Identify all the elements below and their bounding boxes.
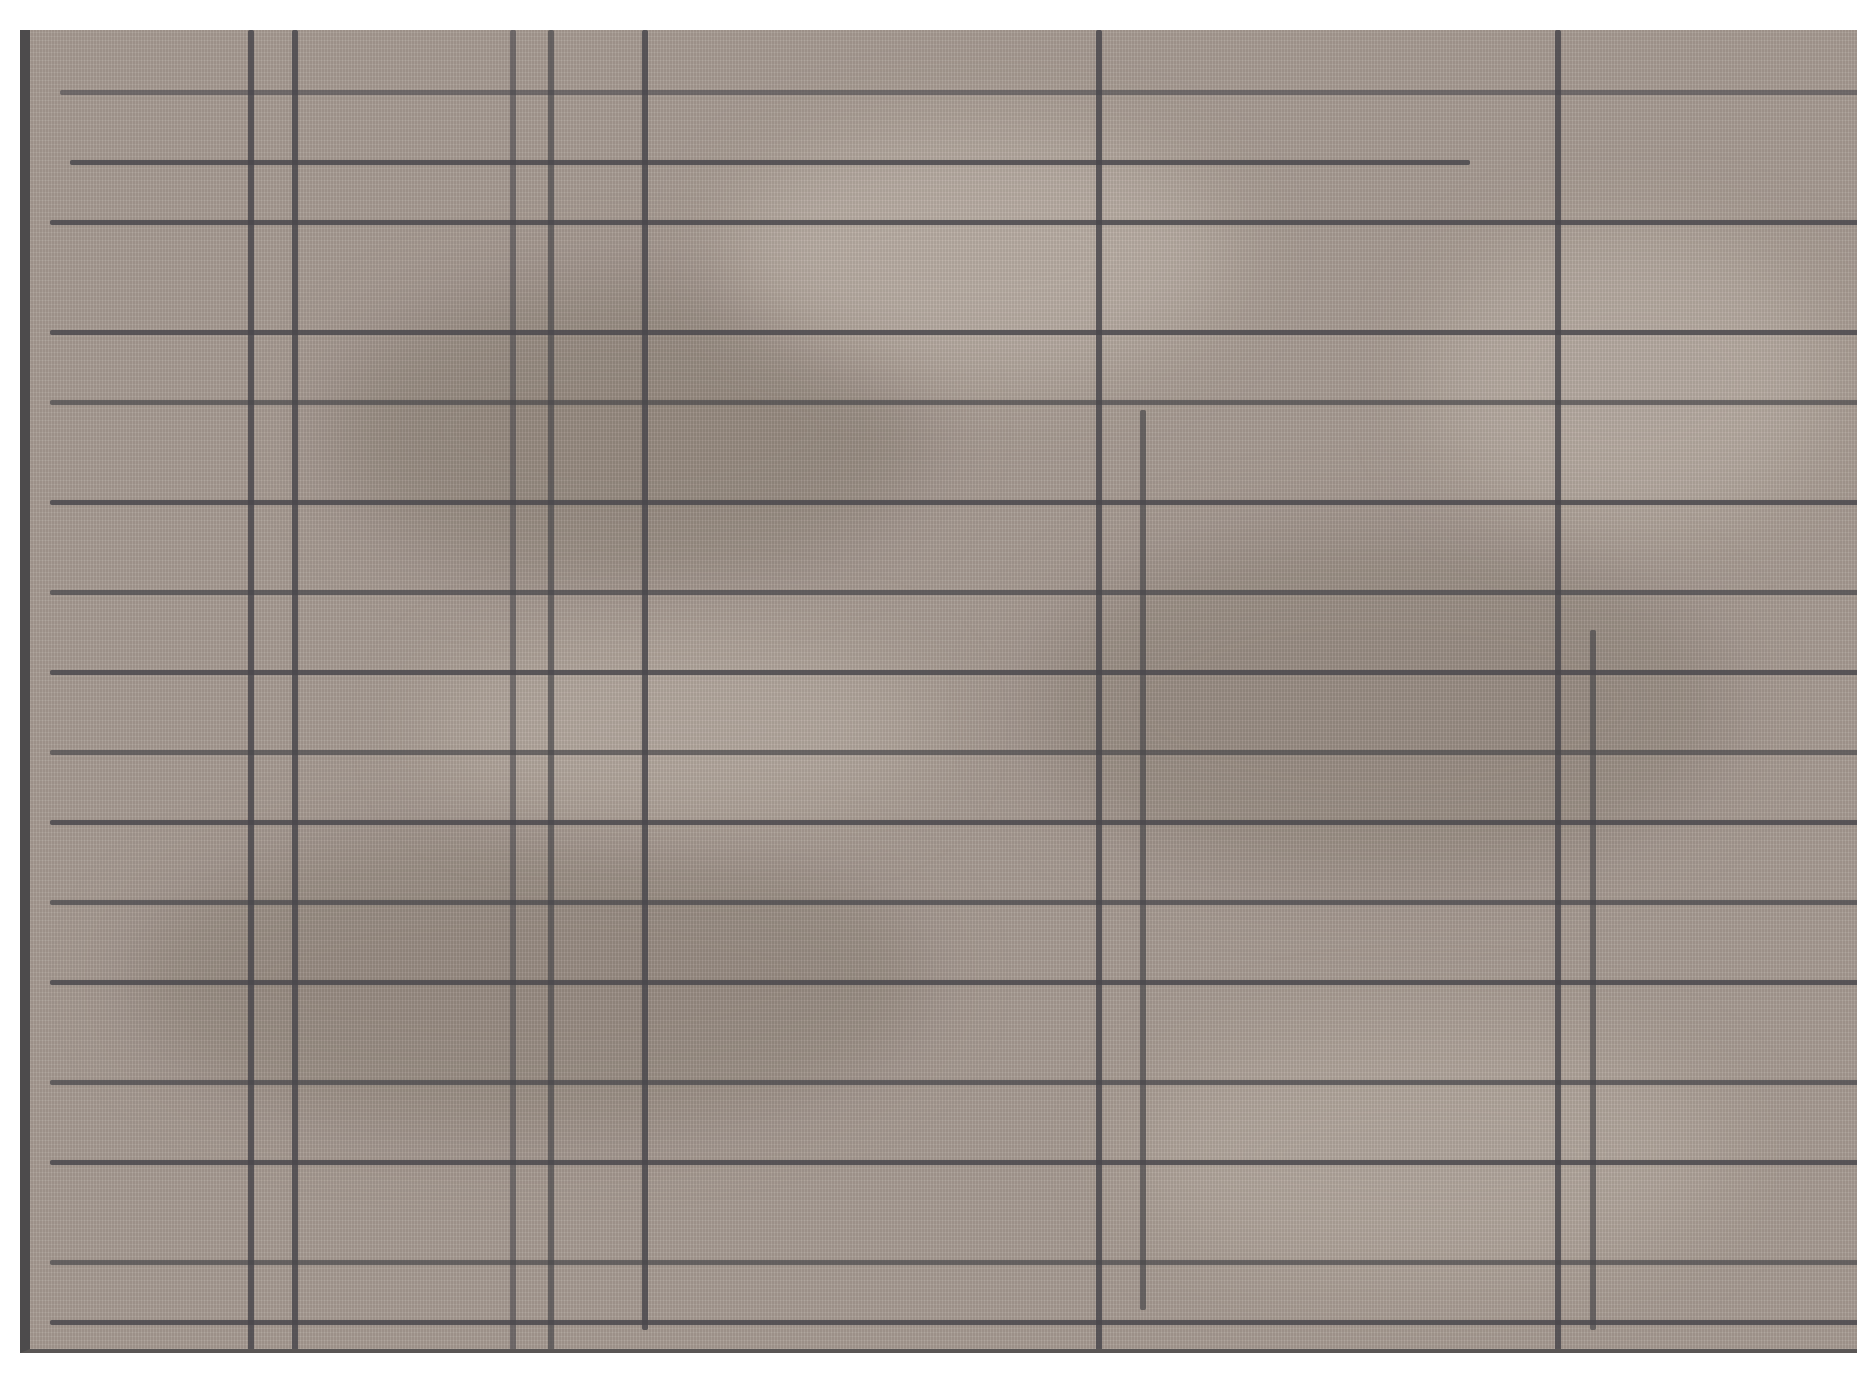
grid-line bbox=[510, 30, 516, 1353]
grid-line bbox=[50, 1320, 1857, 1325]
grid-line bbox=[70, 160, 1470, 165]
grid-line bbox=[50, 330, 1857, 335]
grid-line bbox=[642, 30, 648, 1330]
grid-line bbox=[60, 90, 1857, 95]
grid-line bbox=[50, 980, 1857, 985]
grid-line bbox=[50, 820, 1857, 825]
grid-line bbox=[50, 1160, 1857, 1165]
grid-line bbox=[292, 30, 298, 1353]
rug-photo bbox=[20, 30, 1857, 1353]
grid-line bbox=[1555, 30, 1561, 1353]
grid-line bbox=[50, 670, 1857, 675]
grid-line bbox=[50, 220, 1857, 225]
grid-line bbox=[1140, 410, 1146, 1310]
grid-line bbox=[50, 1080, 1857, 1085]
grid-line bbox=[548, 30, 554, 1353]
grid-line bbox=[1096, 30, 1102, 1353]
grid-line bbox=[248, 30, 254, 1353]
grid-line bbox=[50, 500, 1857, 505]
weave-texture bbox=[30, 30, 1857, 1349]
grid-line bbox=[50, 750, 1857, 755]
grid-line bbox=[50, 1260, 1857, 1265]
grid-line bbox=[50, 400, 1857, 405]
grid-line bbox=[50, 900, 1857, 905]
grid-line bbox=[50, 590, 1857, 595]
